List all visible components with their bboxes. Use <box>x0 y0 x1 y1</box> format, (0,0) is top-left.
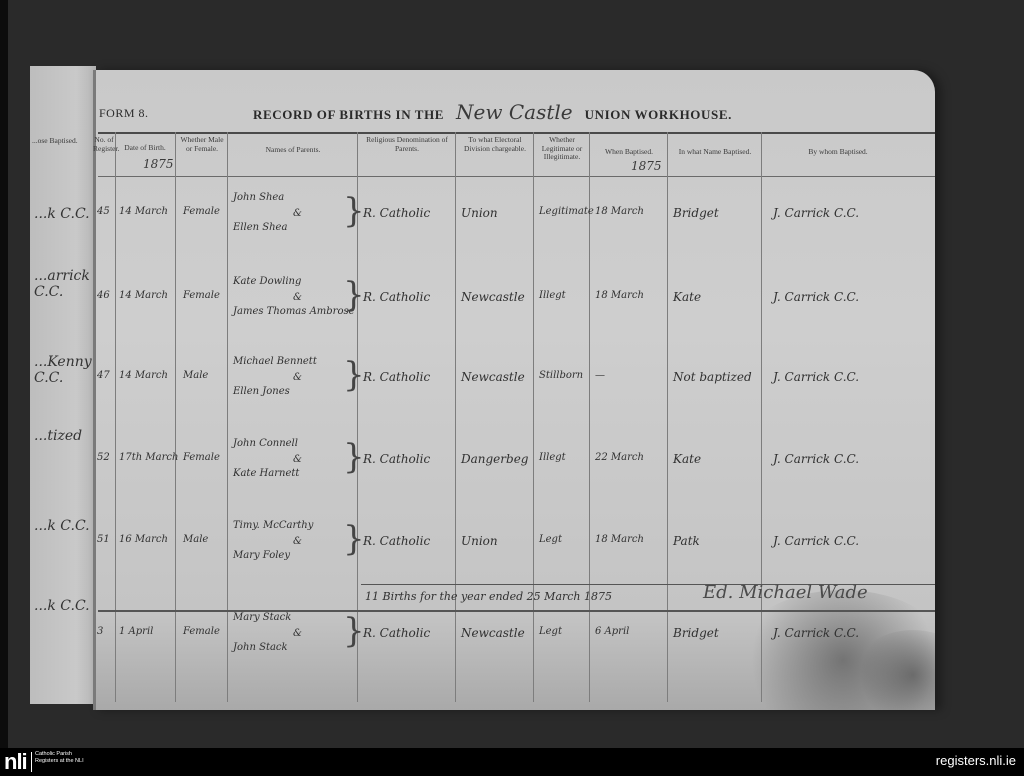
cell-no: 47 <box>97 370 110 381</box>
cell-when-baptised: 22 March <box>595 452 644 463</box>
cell-by-whom: J. Carrick C.C. <box>773 626 859 640</box>
cell-religion: R. Catholic <box>363 534 430 548</box>
cell-name-baptised: Kate <box>673 452 701 466</box>
cell-dob: 14 March <box>119 206 168 217</box>
cell-parent-mother: Mary Foley <box>233 550 290 561</box>
footer-bar: nli Catholic Parish Registers at the NLI… <box>0 748 1024 776</box>
left-entry: ...Kenny C.C. <box>34 354 96 386</box>
cell-when-baptised: 6 April <box>595 626 629 637</box>
title-suffix: UNION WORKHOUSE. <box>585 107 732 123</box>
parents-brace: } <box>343 358 365 392</box>
cell-parent-father: Michael Bennett <box>233 356 317 367</box>
cell-parent-father: Timy. McCarthy <box>233 520 313 531</box>
column-rule <box>667 132 668 702</box>
cell-division: Newcastle <box>461 626 525 640</box>
cell-when-baptised: 18 March <box>595 206 644 217</box>
cell-sex: Male <box>183 534 208 545</box>
column-header-division: To what Electoral Division chargeable. <box>457 136 533 153</box>
parents-brace: } <box>343 614 365 648</box>
parents-brace: } <box>343 194 365 228</box>
cell-parent-mother: James Thomas Ambrose <box>233 306 355 317</box>
cell-name-baptised: Patk <box>673 534 700 548</box>
cell-when-baptised: 18 March <box>595 290 644 301</box>
column-header-dob-year: 1875 <box>143 158 174 172</box>
signature: Ed. Michael Wade <box>703 582 868 603</box>
column-header-parents: Names of Parents. <box>229 146 357 155</box>
column-header-dob: Date of Birth. <box>117 144 173 153</box>
cell-parent-mother: Kate Harnett <box>233 468 299 479</box>
column-header-by-whom: By whom Baptised. <box>763 148 913 157</box>
cell-by-whom: J. Carrick C.C. <box>773 206 859 220</box>
logo-caption: Catholic Parish Registers at the NLI <box>35 751 95 765</box>
form-label: FORM 8. <box>99 106 149 121</box>
parents-ampersand: & <box>293 536 302 547</box>
cell-no: 46 <box>97 290 110 301</box>
column-header-when-baptised: When Baptised. <box>591 148 667 157</box>
cell-name-baptised: Bridget <box>673 206 719 220</box>
cell-parent-father: Mary Stack <box>233 612 291 623</box>
cell-when-baptised: — <box>595 370 605 381</box>
cell-division: Newcastle <box>461 370 525 384</box>
cell-by-whom: J. Carrick C.C. <box>773 290 859 304</box>
title-union-name: New Castle <box>456 100 573 124</box>
cell-sex: Male <box>183 370 208 381</box>
parents-ampersand: & <box>293 208 302 219</box>
column-rule <box>761 132 762 702</box>
cell-religion: R. Catholic <box>363 452 430 466</box>
logo-divider <box>31 752 32 772</box>
column-header-name-baptised: In what Name Baptised. <box>669 148 761 157</box>
column-header-legitimacy: Whether Legitimate or Illegitimate. <box>535 136 589 162</box>
cell-dob: 16 March <box>119 534 168 545</box>
left-column-header: ...ose Baptised. <box>32 136 78 145</box>
cell-religion: R. Catholic <box>363 206 430 220</box>
column-header-when-year: 1875 <box>631 160 662 174</box>
nli-logo[interactable]: nli <box>4 750 27 774</box>
parents-ampersand: & <box>293 454 302 465</box>
cell-dob: 17th March <box>119 452 178 463</box>
cell-religion: R. Catholic <box>363 370 430 384</box>
cell-religion: R. Catholic <box>363 626 430 640</box>
site-url-link[interactable]: registers.nli.ie <box>936 753 1016 768</box>
cell-division: Union <box>461 206 498 220</box>
cell-name-baptised: Kate <box>673 290 701 304</box>
parents-ampersand: & <box>293 628 302 639</box>
cell-parent-mother: Ellen Jones <box>233 386 290 397</box>
column-rule <box>175 132 176 702</box>
page-title: RECORD OF BIRTHS IN THE New Castle UNION… <box>253 100 732 124</box>
cell-sex: Female <box>183 206 220 217</box>
cell-parent-mother: John Stack <box>233 642 288 653</box>
column-rule <box>589 132 590 702</box>
summary-rule <box>98 610 935 612</box>
cell-legitimacy: Illegt <box>539 452 566 463</box>
column-rule <box>533 132 534 702</box>
cell-by-whom: J. Carrick C.C. <box>773 370 859 384</box>
cell-parent-father: Kate Dowling <box>233 276 301 287</box>
cell-dob: 14 March <box>119 370 168 381</box>
cell-sex: Female <box>183 290 220 301</box>
cell-legitimacy: Legt <box>539 626 562 637</box>
column-rule <box>227 132 228 702</box>
parents-brace: } <box>343 522 365 556</box>
cell-legitimacy: Legitimate <box>539 206 594 217</box>
left-page-fragment: ...ose Baptised. ...k C.C. ...arrick C.C… <box>30 66 96 704</box>
cell-name-baptised: Not baptized <box>673 370 752 384</box>
column-rule <box>455 132 456 702</box>
cell-sex: Female <box>183 626 220 637</box>
cell-no: 51 <box>97 534 110 545</box>
cell-legitimacy: Illegt <box>539 290 566 301</box>
cell-no: 52 <box>97 452 110 463</box>
cell-sex: Female <box>183 452 220 463</box>
parents-ampersand: & <box>293 292 302 303</box>
cell-division: Dangerbeg <box>461 452 529 466</box>
left-entry: ...tized <box>34 428 82 444</box>
left-entry: ...k C.C. <box>34 206 90 222</box>
cell-division: Newcastle <box>461 290 525 304</box>
header-rule <box>98 176 935 177</box>
cell-no: 45 <box>97 206 110 217</box>
parents-brace: } <box>343 278 365 312</box>
left-entry: ...k C.C. <box>34 518 90 534</box>
parents-brace: } <box>343 440 365 474</box>
cell-legitimacy: Legt <box>539 534 562 545</box>
cell-dob: 14 March <box>119 290 168 301</box>
title-prefix: RECORD OF BIRTHS IN THE <box>253 107 444 123</box>
cell-division: Union <box>461 534 498 548</box>
register-page: FORM 8. RECORD OF BIRTHS IN THE New Cast… <box>93 70 935 710</box>
cell-parent-father: John Connell <box>233 438 298 449</box>
parents-ampersand: & <box>293 372 302 383</box>
left-entry: ...arrick C.C. <box>34 268 96 300</box>
column-header-sex: Whether Male or Female. <box>177 136 227 153</box>
scan-edge <box>0 0 8 748</box>
left-entry: ...k C.C. <box>34 598 90 614</box>
image-viewer: ...ose Baptised. ...k C.C. ...arrick C.C… <box>0 0 1024 748</box>
cell-by-whom: J. Carrick C.C. <box>773 452 859 466</box>
cell-religion: R. Catholic <box>363 290 430 304</box>
cell-parent-mother: Ellen Shea <box>233 222 287 233</box>
cell-no: 3 <box>97 626 103 637</box>
cell-legitimacy: Stillborn <box>539 370 583 381</box>
column-rule <box>115 132 116 702</box>
header-rule <box>98 132 935 134</box>
column-header-no: No. of Register. <box>93 136 115 153</box>
summary-line: 11 Births for the year ended 25 March 18… <box>365 590 612 603</box>
cell-name-baptised: Bridget <box>673 626 719 640</box>
cell-by-whom: J. Carrick C.C. <box>773 534 859 548</box>
cell-dob: 1 April <box>119 626 153 637</box>
cell-parent-father: John Shea <box>233 192 284 203</box>
cell-when-baptised: 18 March <box>595 534 644 545</box>
column-header-religion: Religious Denomination of Parents. <box>359 136 455 153</box>
